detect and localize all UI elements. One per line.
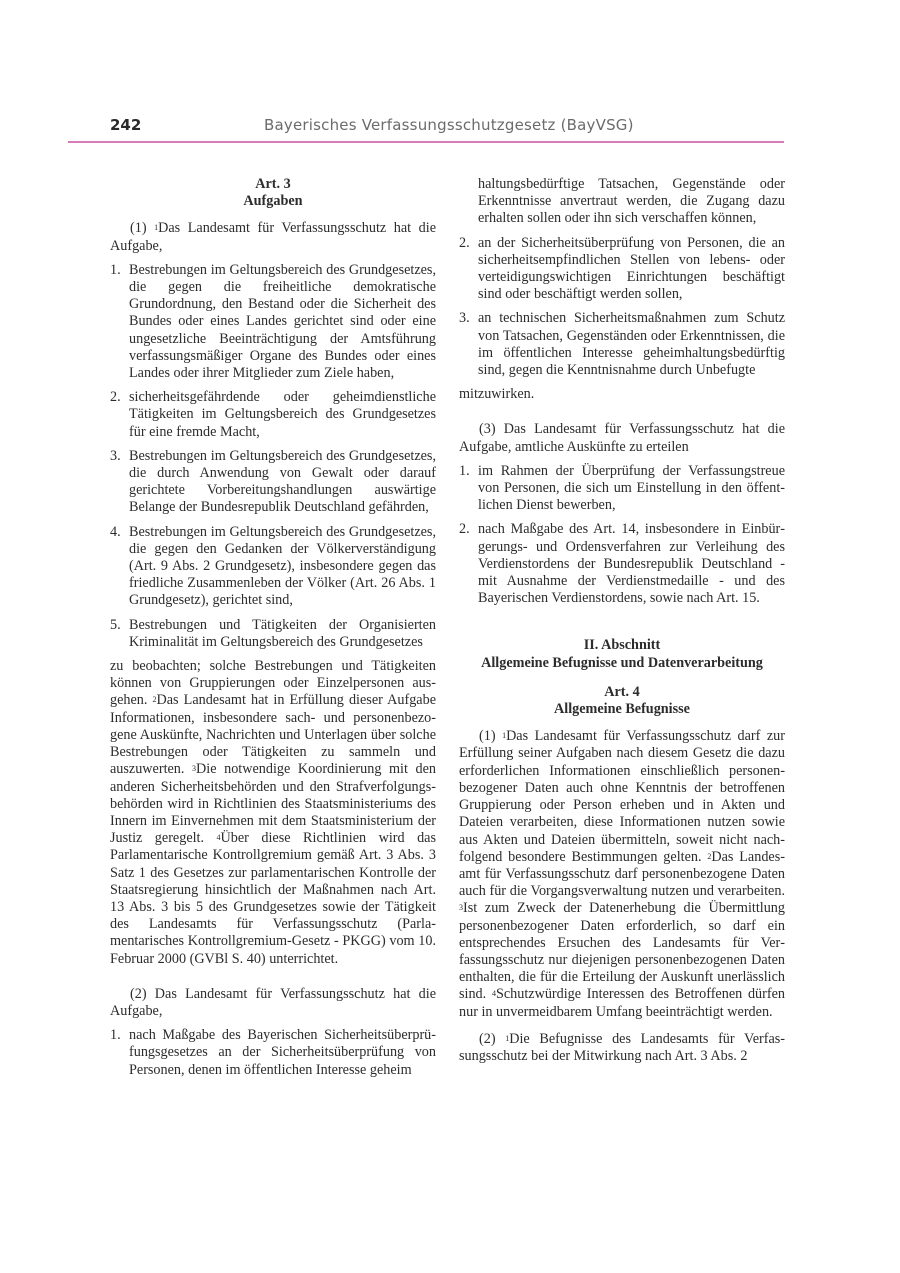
list-item-continuation: haltungsbedürftige Tatsachen, Gegenständ… [459, 176, 785, 228]
paragraph-2-close: mitzuwirken. [459, 386, 785, 403]
list-item: 2.nach Maßgabe des Art. 14, insbesondere… [459, 521, 785, 607]
paragraph-1-continuation: zu beobachten; solche Bestrebungen und T… [110, 658, 436, 968]
paragraph-2-intro: (2) Das Landesamt für Verfassungsschutz … [110, 986, 436, 1020]
paragraph-2-list: 1.nach Maßgabe des Bayerischen Sicherhei… [110, 1027, 436, 1079]
paragraph-1-list: 1.Bestrebungen im Geltungsbereich des Gr… [110, 262, 436, 651]
page-header: 242 Bayerisches Verfassungsschutzgesetz … [68, 116, 784, 138]
paragraph-1-intro: (1) 1Das Landesamt für Verfassungsschutz… [110, 220, 436, 254]
list-item: 5.Bestrebungen und Tätigkeiten der Organ… [110, 617, 436, 651]
article-number: Art. 4 [459, 684, 785, 701]
header-rule [68, 141, 784, 143]
right-column: haltungsbedürftige Tatsachen, Gegenständ… [459, 176, 785, 1065]
article-number: Art. 3 [110, 176, 436, 193]
left-column: Art. 3 Aufgaben (1) 1Das Landesamt für V… [110, 176, 436, 1079]
article-title: Aufgaben [110, 193, 436, 210]
art4-paragraph-2: (2) 1Die Befugnisse des Landesamts für V… [459, 1031, 785, 1065]
art4-paragraph-1: (1) 1Das Landesamt für Verfassungsschutz… [459, 728, 785, 1020]
list-item: 2.an der Sicherheitsüberprüfung von Pers… [459, 235, 785, 304]
list-item: 1.Bestrebungen im Geltungsbereich des Gr… [110, 262, 436, 382]
page-number: 242 [110, 116, 141, 134]
paragraph-3-intro: (3) Das Landesamt für Verfassungsschutz … [459, 421, 785, 455]
list-item: 3.an technischen Sicherheitsmaßnahmen zu… [459, 310, 785, 379]
list-item: 1.nach Maßgabe des Bayerischen Sicherhei… [110, 1027, 436, 1079]
article-title: Allgemeine Befugnisse [459, 701, 785, 718]
section-number: II. Abschnitt [459, 637, 785, 654]
paragraph-3-list: 1.im Rahmen der Überprüfung der Verfassu… [459, 463, 785, 608]
running-title: Bayerisches Verfassungsschutzgesetz (Bay… [264, 116, 634, 134]
paragraph-2-list-continued: 2.an der Sicherheitsüberprüfung von Pers… [459, 235, 785, 380]
list-item: 1.im Rahmen der Überprüfung der Verfassu… [459, 463, 785, 515]
list-item: 2.sicherheitsgefährdende oder geheimdien… [110, 389, 436, 441]
section-title: Allgemeine Befugnisse und Datenverarbeit… [459, 655, 785, 672]
list-item: 4.Bestrebungen im Geltungsbereich des Gr… [110, 524, 436, 610]
list-item: 3.Bestrebungen im Geltungsbereich des Gr… [110, 448, 436, 517]
